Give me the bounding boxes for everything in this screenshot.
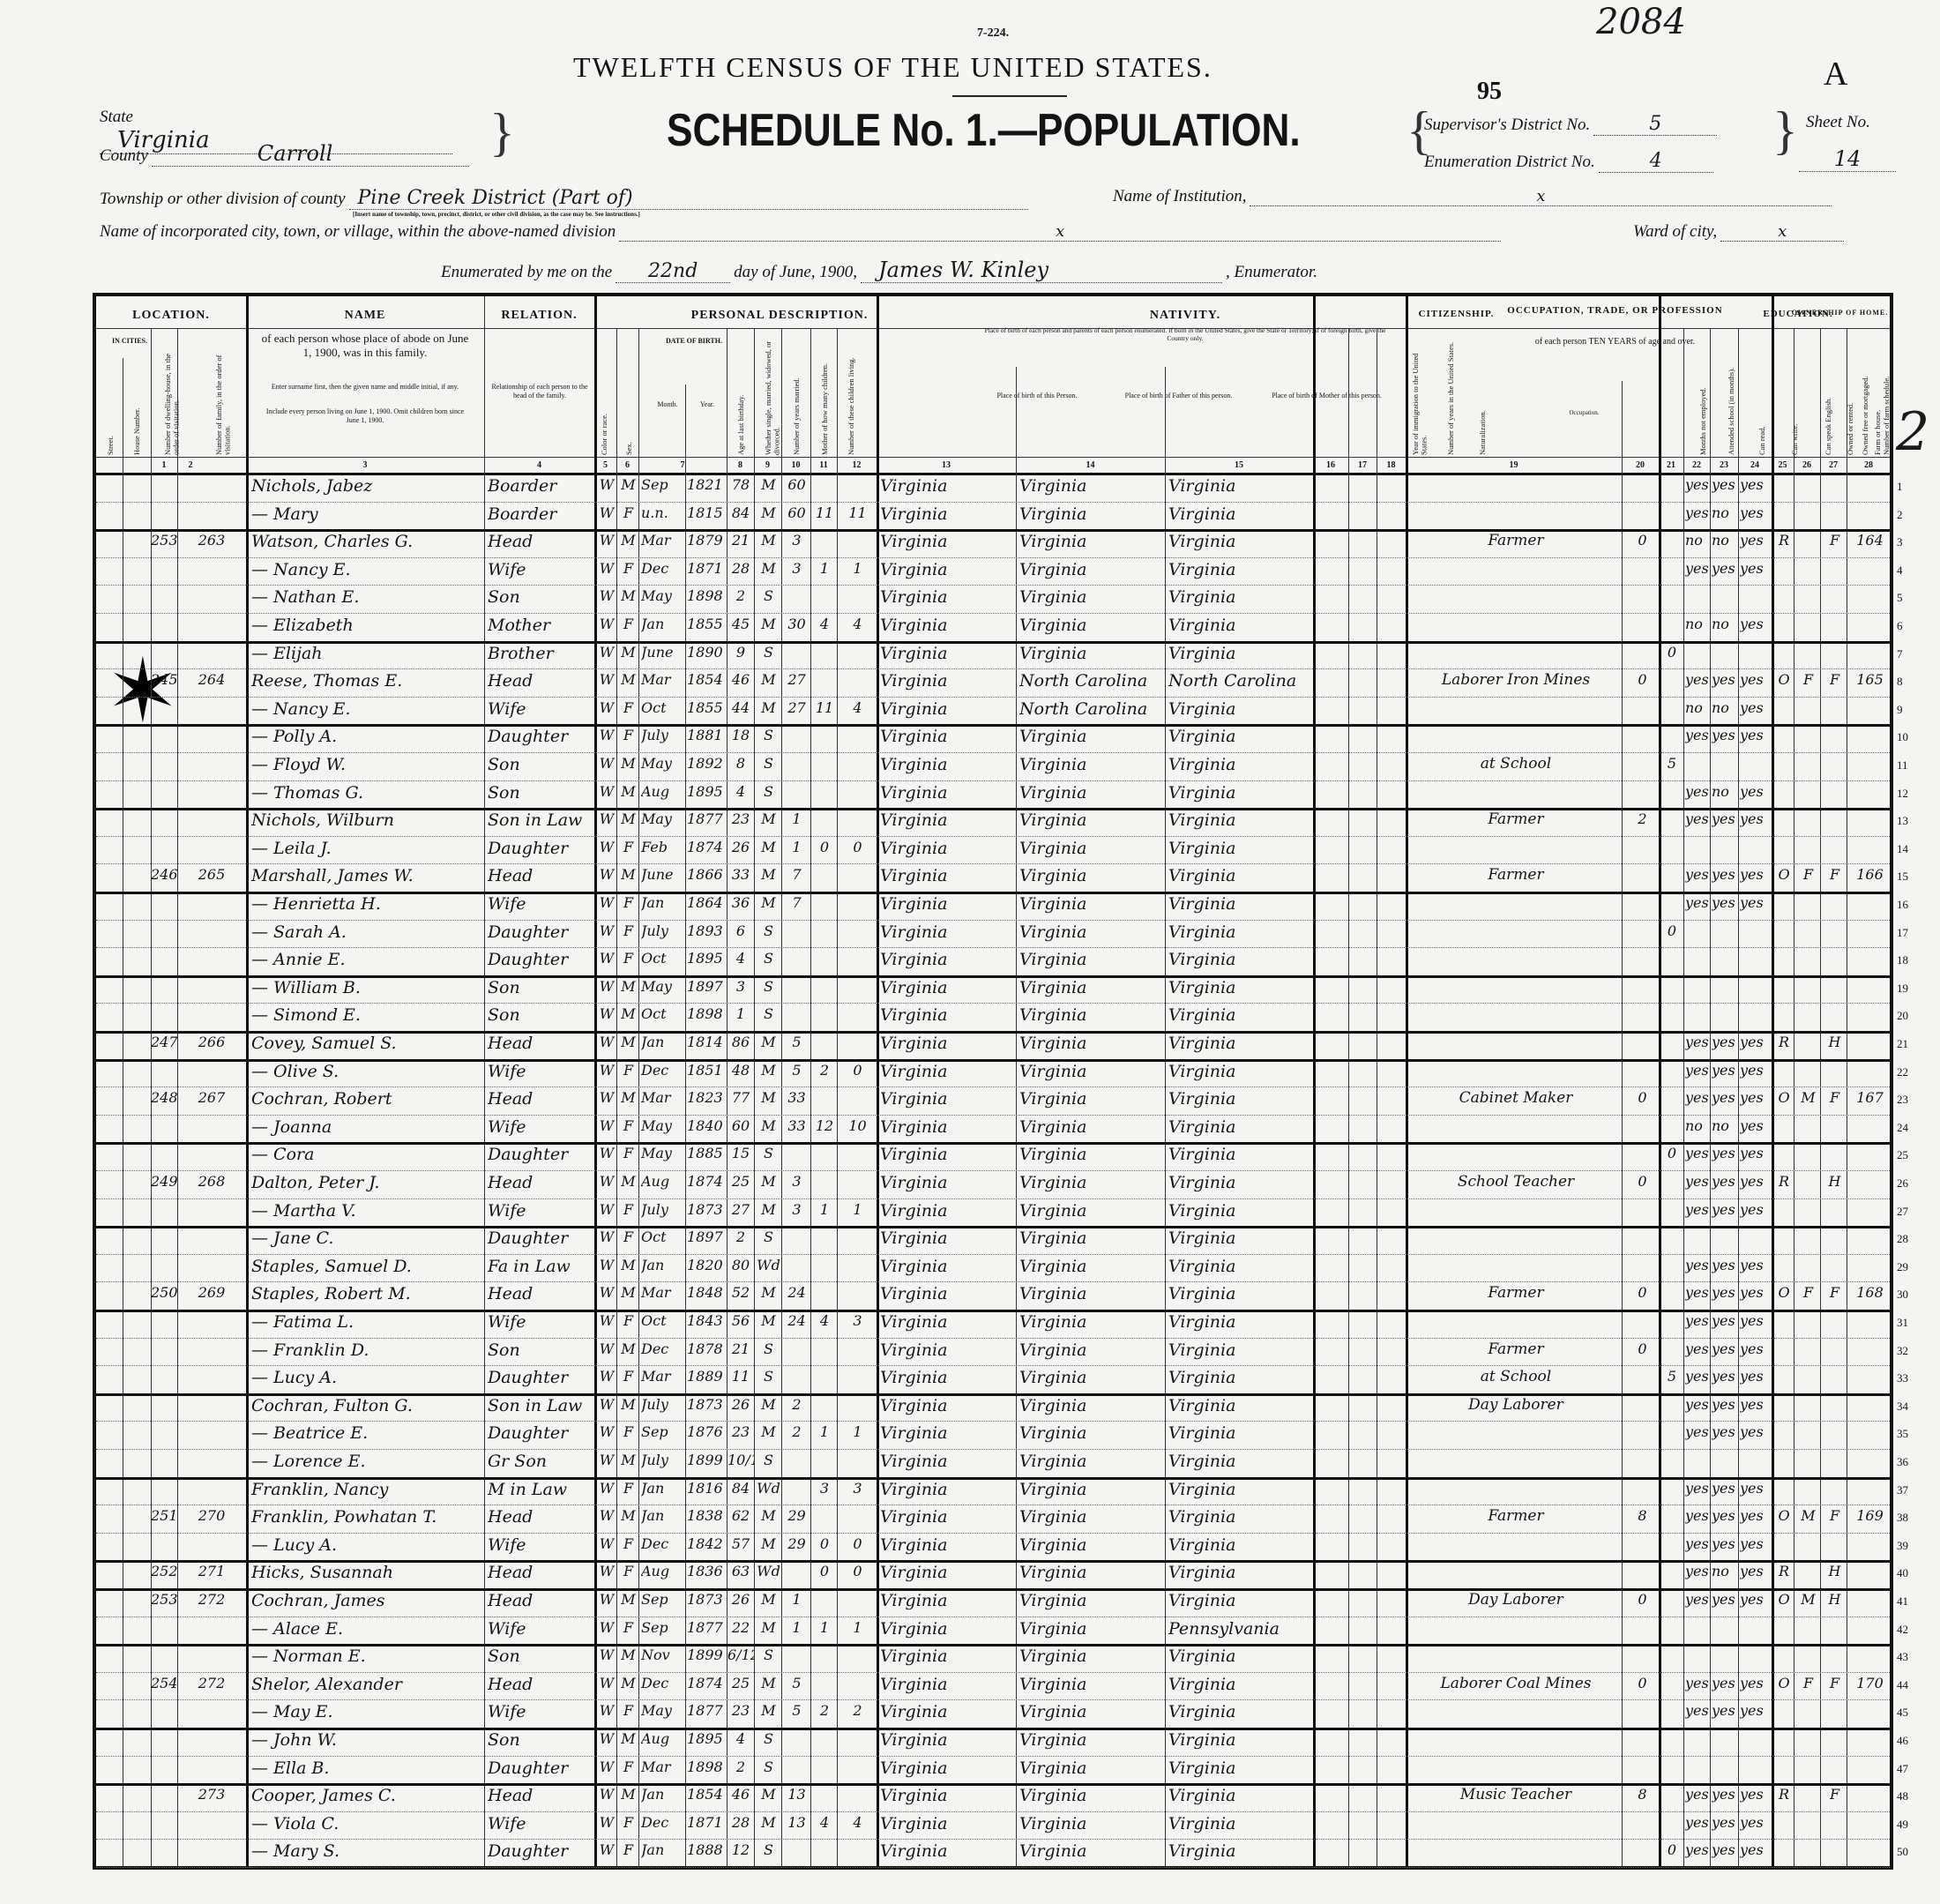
line-number: 15 (1897, 870, 1908, 884)
cell-mar: M (756, 1619, 781, 1636)
cell-mar: M (756, 532, 781, 549)
line-number: 8 (1897, 675, 1903, 689)
cell-color: W (597, 894, 616, 911)
cell-read: no (1685, 699, 1710, 716)
cell-read: yes (1685, 1089, 1710, 1106)
cell-eng: yes (1740, 810, 1772, 827)
cell-sex: M (618, 866, 638, 883)
cell-age: 3 (727, 978, 754, 995)
cell-bf: Virginia (1019, 616, 1165, 635)
cell-mar: S (756, 922, 781, 939)
cell-mu: 2 (1626, 810, 1659, 827)
enumerated-day: 22nd (616, 260, 730, 283)
cell-rel: Head (488, 1089, 594, 1109)
cell-sex: M (618, 1591, 638, 1608)
cell-fh: F (1823, 1507, 1847, 1524)
cell-write: yes (1712, 894, 1738, 911)
cell-read: yes (1685, 783, 1710, 800)
cell-read: yes (1685, 476, 1710, 493)
cell-year: 1877 (687, 810, 727, 827)
cell-year: 1866 (687, 866, 727, 883)
cell-eng: yes (1740, 616, 1772, 632)
cell-mu: 8 (1626, 1507, 1659, 1524)
colnum-11: 11 (810, 460, 837, 470)
cell-month: Dec (641, 1062, 685, 1079)
line-number: 32 (1897, 1344, 1908, 1358)
cell-sex: F (618, 1312, 638, 1329)
cell-farm: 167 (1849, 1089, 1891, 1106)
cell-year: 1876 (687, 1423, 727, 1440)
cell-bm: Virginia (1168, 1034, 1313, 1053)
cell-color: W (597, 783, 616, 800)
cell-bf: North Carolina (1019, 699, 1165, 719)
header-occupation: OCCUPATION, TRADE, OR PROFESSION (1507, 305, 1723, 316)
cell-read: yes (1685, 1257, 1710, 1273)
cell-sex: F (618, 1228, 638, 1245)
table-row: — Franklin D.SonWMDec187821SVirginiaVirg… (96, 1339, 1890, 1367)
cell-sex: F (618, 699, 638, 716)
table-row: Cochran, Fulton G.Son in LawWMJuly187326… (96, 1394, 1890, 1422)
table-row: 249268Dalton, Peter J.HeadWMAug187425M3V… (96, 1171, 1890, 1199)
line-number: 24 (1897, 1121, 1908, 1135)
cell-bm: Virginia (1168, 532, 1313, 551)
header-farm-schedule: Number of farm schedule. (1883, 340, 1891, 455)
cell-own: R (1774, 1563, 1794, 1579)
colnum-5: 5 (594, 460, 616, 470)
cell-bp: Virginia (880, 504, 1016, 524)
cell-color: W (597, 1173, 616, 1190)
cell-age: 11 (727, 1368, 754, 1385)
cell-read: yes (1685, 1814, 1710, 1831)
cell-age: 18 (727, 727, 754, 743)
header-occupation-sub: Occupation. (1511, 409, 1657, 416)
cell-sch: 0 (1660, 644, 1683, 661)
cell-age: 57 (727, 1535, 754, 1552)
cell-bf: Virginia (1019, 1257, 1165, 1276)
cell-year: 1871 (687, 560, 727, 577)
cell-bm: Virginia (1168, 1591, 1313, 1610)
cell-bf: Virginia (1019, 839, 1165, 858)
cell-year: 1871 (687, 1814, 727, 1831)
cell-farm: 166 (1849, 866, 1891, 883)
cell-sex: M (618, 532, 638, 549)
cell-mar: S (756, 1646, 781, 1663)
table-row: — Ella B.DaughterWFMar18982SVirginiaVirg… (96, 1757, 1890, 1785)
cell-dw: 247 (151, 1034, 177, 1050)
cell-age: 28 (727, 1814, 754, 1831)
cell-bf: Virginia (1019, 1284, 1165, 1303)
cell-sex: M (618, 1089, 638, 1106)
header-name: NAME (246, 309, 484, 323)
cell-month: Dec (641, 1814, 685, 1831)
cell-bp: Virginia (880, 1452, 1016, 1471)
cell-bm: Virginia (1168, 1480, 1313, 1499)
cell-ym: 1 (783, 1619, 810, 1636)
cell-eng: yes (1740, 1702, 1772, 1719)
cell-eng: yes (1740, 1340, 1772, 1357)
cell-farm: 169 (1849, 1507, 1891, 1524)
cell-color: W (597, 1089, 616, 1106)
cell-mc: 2 (812, 1062, 837, 1079)
cell-color: W (597, 755, 616, 772)
cell-mar: S (756, 1730, 781, 1747)
cell-bp: Virginia (880, 1814, 1016, 1833)
cell-name: — Beatrice E. (251, 1423, 484, 1443)
cell-own: R (1774, 532, 1794, 549)
cell-fm: M (1796, 1591, 1820, 1608)
cell-year: 1855 (687, 699, 727, 716)
header-farm-house: Farm or house. (1874, 340, 1882, 455)
cell-sex: M (618, 587, 638, 604)
cell-bf: Virginia (1019, 1201, 1165, 1221)
cell-month: May (641, 1117, 685, 1134)
cell-read: yes (1685, 1396, 1710, 1413)
cell-name: — Nancy E. (251, 699, 484, 719)
colnum-27: 27 (1820, 460, 1847, 470)
line-number: 4 (1897, 564, 1903, 578)
line-number: 23 (1897, 1093, 1908, 1107)
cell-rel: Son (488, 978, 594, 997)
cell-name: — Polly A. (251, 727, 484, 746)
cell-mar: M (756, 671, 781, 688)
cell-occ: Farmer (1410, 866, 1622, 884)
cell-ym: 3 (783, 1201, 810, 1218)
cell-ym: 5 (783, 1062, 810, 1079)
cell-bp: Virginia (880, 1089, 1016, 1109)
cell-bf: Virginia (1019, 1591, 1165, 1610)
cell-bm: Virginia (1168, 1005, 1313, 1025)
line-number: 9 (1897, 703, 1903, 717)
cell-month: May (641, 1702, 685, 1719)
cell-rel: Mother (488, 616, 594, 635)
colnum-4: 4 (484, 460, 594, 470)
cell-sex: M (618, 1340, 638, 1357)
cell-bm: Virginia (1168, 616, 1313, 635)
colnum-17: 17 (1348, 460, 1377, 470)
cell-rel: Son (488, 1340, 594, 1360)
cell-mc: 12 (812, 1117, 837, 1134)
colnum-18: 18 (1377, 460, 1406, 470)
line-number: 35 (1897, 1427, 1908, 1441)
cell-fam: 271 (177, 1563, 246, 1579)
cell-name: — Olive S. (251, 1062, 484, 1081)
cell-write: yes (1712, 1284, 1738, 1301)
cell-write: yes (1712, 1089, 1738, 1106)
cell-name: Staples, Robert M. (251, 1284, 484, 1303)
cell-bm: Virginia (1168, 1423, 1313, 1443)
header-attended-school: Attended school (in months). (1727, 340, 1735, 455)
table-row: — May E.WifeWFMay187723M522VirginiaVirgi… (96, 1700, 1890, 1729)
line-number: 2 (1897, 508, 1903, 522)
cell-bf: Virginia (1019, 1758, 1165, 1778)
line-number: 22 (1897, 1065, 1908, 1079)
cell-color: W (597, 1423, 616, 1440)
cell-year: 1881 (687, 727, 727, 743)
cell-read: yes (1685, 1535, 1710, 1552)
cell-fm: M (1796, 1089, 1820, 1106)
cell-bm: Virginia (1168, 1340, 1313, 1360)
cell-eng: yes (1740, 699, 1772, 716)
cell-color: W (597, 1480, 616, 1497)
cell-sex: F (618, 1758, 638, 1775)
cell-fm: M (1796, 1507, 1820, 1524)
cell-mar: S (756, 1340, 781, 1357)
cell-occ: Farmer (1410, 1507, 1622, 1525)
line-number: 10 (1897, 730, 1908, 744)
cell-color: W (597, 1786, 616, 1803)
cell-sex: M (618, 783, 638, 800)
cell-mc: 3 (812, 1480, 837, 1497)
cell-color: W (597, 978, 616, 995)
cell-month: Jan (641, 1257, 685, 1273)
cell-read: yes (1685, 504, 1710, 521)
cell-read: yes (1685, 1563, 1710, 1579)
cell-name: Nichols, Jabez (251, 476, 484, 496)
cell-fm: F (1796, 1675, 1820, 1691)
enumeration-line: Enumerated by me on the 22nd day of June… (441, 258, 1317, 283)
cell-bm: Virginia (1168, 839, 1313, 858)
cell-read: yes (1685, 1507, 1710, 1524)
cell-bf: Virginia (1019, 1145, 1165, 1164)
enumeration-district-field: Enumeration District No. 4 (1424, 150, 1713, 173)
cell-read: yes (1685, 1034, 1710, 1050)
cell-bp: Virginia (880, 671, 1016, 691)
table-row: — Floyd W.SonWMMay18928SVirginiaVirginia… (96, 753, 1890, 781)
cell-color: W (597, 1062, 616, 1079)
cell-age: 36 (727, 894, 754, 911)
cell-age: 62 (727, 1507, 754, 1524)
cell-eng: yes (1740, 1396, 1772, 1413)
cell-sex: M (618, 978, 638, 995)
cell-fam: 270 (177, 1507, 246, 1524)
cell-age: 6 (727, 922, 754, 939)
cell-sex: M (618, 1396, 638, 1413)
cell-ym: 29 (783, 1507, 810, 1524)
cell-age: 4 (727, 783, 754, 800)
cell-own: O (1774, 1284, 1794, 1301)
table-row: 273Cooper, James C.HeadWMJan185446M13Vir… (96, 1784, 1890, 1812)
cell-bm: Virginia (1168, 587, 1313, 607)
cell-name: Franklin, Nancy (251, 1480, 484, 1499)
cell-year: 1895 (687, 950, 727, 967)
cell-write: yes (1712, 1480, 1738, 1497)
line-number: 49 (1897, 1818, 1908, 1832)
cell-bm: Virginia (1168, 1062, 1313, 1081)
cell-mc: 11 (812, 504, 837, 521)
cell-write: yes (1712, 810, 1738, 827)
cell-bp: Virginia (880, 1340, 1016, 1360)
cell-ym: 2 (783, 1423, 810, 1440)
cell-month: Jan (641, 1480, 685, 1497)
cell-sex: M (618, 1452, 638, 1468)
cell-read: yes (1685, 1841, 1710, 1858)
cell-color: W (597, 839, 616, 855)
line-number: 43 (1897, 1650, 1908, 1664)
cell-write: yes (1712, 1396, 1738, 1413)
cell-color: W (597, 1702, 616, 1719)
cell-month: Aug (641, 1173, 685, 1190)
cell-mu: 0 (1626, 1675, 1659, 1691)
cell-mar: M (756, 1062, 781, 1079)
table-row: Franklin, NancyM in LawWFJan181684Wd33Vi… (96, 1478, 1890, 1506)
cell-year: 1878 (687, 1340, 727, 1357)
cell-rel: Head (488, 866, 594, 885)
cell-eng: yes (1740, 866, 1772, 883)
cell-write: no (1712, 504, 1738, 521)
cell-year: 1888 (687, 1841, 727, 1858)
cell-name: — Nancy E. (251, 560, 484, 579)
cell-bm: Virginia (1168, 1284, 1313, 1303)
cell-name: — Annie E. (251, 950, 484, 969)
cell-eng: yes (1740, 532, 1772, 549)
cell-mar: S (756, 950, 781, 967)
cell-eng: yes (1740, 1284, 1772, 1301)
cell-sex: F (618, 1619, 638, 1636)
cell-bm: Virginia (1168, 560, 1313, 579)
cell-name: — Lucy A. (251, 1368, 484, 1387)
cell-month: Sep (641, 1591, 685, 1608)
cell-bp: Virginia (880, 1005, 1016, 1025)
cell-mc: 4 (812, 616, 837, 632)
header-date-of-birth: DATE OF BIRTH. (663, 337, 725, 346)
cell-sex: F (618, 1423, 638, 1440)
line-number: 44 (1897, 1678, 1908, 1692)
cell-bm: Virginia (1168, 922, 1313, 942)
header-occupation-desc: of each person TEN YEARS of age and over… (1511, 337, 1719, 347)
table-row: — Norman E.SonWMNov18996/12SVirginiaVirg… (96, 1645, 1890, 1673)
cell-name: — Henrietta H. (251, 894, 484, 914)
colnum-12: 12 (837, 460, 877, 470)
line-number: 40 (1897, 1566, 1908, 1580)
table-row: — Leila J.DaughterWFFeb187426M100Virgini… (96, 837, 1890, 865)
header-name-desc: of each person whose place of abode on J… (259, 332, 471, 359)
cell-write: yes (1712, 671, 1738, 688)
line-number: 19 (1897, 982, 1908, 996)
cell-bm: Virginia (1168, 1228, 1313, 1248)
cell-year: 1864 (687, 894, 727, 911)
cell-mc: 1 (812, 1423, 837, 1440)
cell-mar: S (756, 727, 781, 743)
cell-month: Jan (641, 1786, 685, 1803)
cell-color: W (597, 1034, 616, 1050)
cell-ym: 24 (783, 1284, 810, 1301)
table-row: — Jane C.DaughterWFOct18972SVirginiaVirg… (96, 1227, 1890, 1255)
table-row: 254272Shelor, AlexanderHeadWMDec187425M5… (96, 1673, 1890, 1701)
stamp-number: 2084 (1596, 2, 1686, 42)
cell-bp: Virginia (880, 644, 1016, 663)
cell-read: yes (1685, 810, 1710, 827)
cell-bm: Virginia (1168, 1089, 1313, 1109)
cell-sex: F (618, 839, 638, 855)
line-number: 31 (1897, 1316, 1908, 1330)
ward-field: Ward of city, x (1633, 222, 1844, 242)
cell-occ: Day Laborer (1410, 1396, 1622, 1414)
header-can-write: Can write. (1791, 340, 1799, 455)
cell-sch: 5 (1660, 1368, 1683, 1385)
cell-read: yes (1685, 727, 1710, 743)
cell-sch: 0 (1660, 922, 1683, 939)
cell-age: 2 (727, 587, 754, 604)
cell-age: 25 (727, 1173, 754, 1190)
line-number: 39 (1897, 1539, 1908, 1553)
cell-eng: yes (1740, 1591, 1772, 1608)
cell-name: — Lucy A. (251, 1535, 484, 1555)
cell-age: 86 (727, 1034, 754, 1050)
cell-bm: Virginia (1168, 1145, 1313, 1164)
cell-color: W (597, 1228, 616, 1245)
cell-mar: S (756, 755, 781, 772)
cell-month: Mar (641, 1284, 685, 1301)
cell-rel: Head (488, 671, 594, 691)
cell-eng: yes (1740, 1423, 1772, 1440)
header-family: Number of family, in the order of visita… (215, 340, 232, 455)
cell-month: May (641, 978, 685, 995)
colnum-13: 13 (877, 460, 1016, 470)
cell-bp: Virginia (880, 1702, 1016, 1721)
cell-year: 1873 (687, 1201, 727, 1218)
cell-write: yes (1712, 1145, 1738, 1161)
line-number: 28 (1897, 1232, 1908, 1246)
cell-year: 1873 (687, 1396, 727, 1413)
cell-name: — Elizabeth (251, 616, 484, 635)
cell-month: Oct (641, 699, 685, 716)
cell-month: July (641, 1452, 685, 1468)
cell-sex: F (618, 894, 638, 911)
colnum-19: 19 (1406, 460, 1622, 470)
header-street: Street. (107, 367, 115, 455)
line-number: 7 (1897, 647, 1903, 661)
cell-bm: Virginia (1168, 699, 1313, 719)
cell-ym: 3 (783, 560, 810, 577)
cell-mar: S (756, 783, 781, 800)
cell-mar: M (756, 504, 781, 521)
cell-mar: Wd (756, 1563, 781, 1579)
cell-own: O (1774, 671, 1794, 688)
census-title: TWELFTH CENSUS OF THE UNITED STATES. (573, 51, 1212, 84)
cell-bp: Virginia (880, 783, 1016, 803)
cell-fh: H (1823, 1591, 1847, 1608)
header-citizenship: CITIZENSHIP. (1406, 309, 1507, 319)
cell-rel: Daughter (488, 922, 594, 942)
line-number: 41 (1897, 1594, 1908, 1609)
cell-fm: F (1796, 866, 1820, 883)
cell-year: 1898 (687, 1758, 727, 1775)
city-field: Name of incorporated city, town, or vill… (100, 222, 1501, 242)
cell-dw: 253 (151, 532, 177, 549)
cell-name: — Thomas G. (251, 783, 484, 803)
cell-bf: Virginia (1019, 1786, 1165, 1805)
cell-bf: Virginia (1019, 1340, 1165, 1360)
header-location: LOCATION. (96, 309, 246, 323)
cell-bp: Virginia (880, 1619, 1016, 1639)
cell-mar: M (756, 1201, 781, 1218)
cell-year: 1820 (687, 1257, 727, 1273)
cell-sex: F (618, 1841, 638, 1858)
cell-year: 1838 (687, 1507, 727, 1524)
supervisor-field: Supervisor's District No. 5 (1424, 113, 1717, 136)
cell-ym: 24 (783, 1312, 810, 1329)
cell-write: yes (1712, 1841, 1738, 1858)
enumerator-label: , Enumerator. (1226, 263, 1317, 281)
cell-rel: Daughter (488, 1145, 594, 1164)
cell-year: 1843 (687, 1312, 727, 1329)
cell-name: — Jane C. (251, 1228, 484, 1248)
cell-bf: Virginia (1019, 1173, 1165, 1192)
cell-name: Cochran, Robert (251, 1089, 484, 1109)
colnum-20: 20 (1622, 460, 1659, 470)
left-brace: } (489, 106, 515, 159)
header-years-us: Number of years in the United States. (1447, 340, 1455, 455)
